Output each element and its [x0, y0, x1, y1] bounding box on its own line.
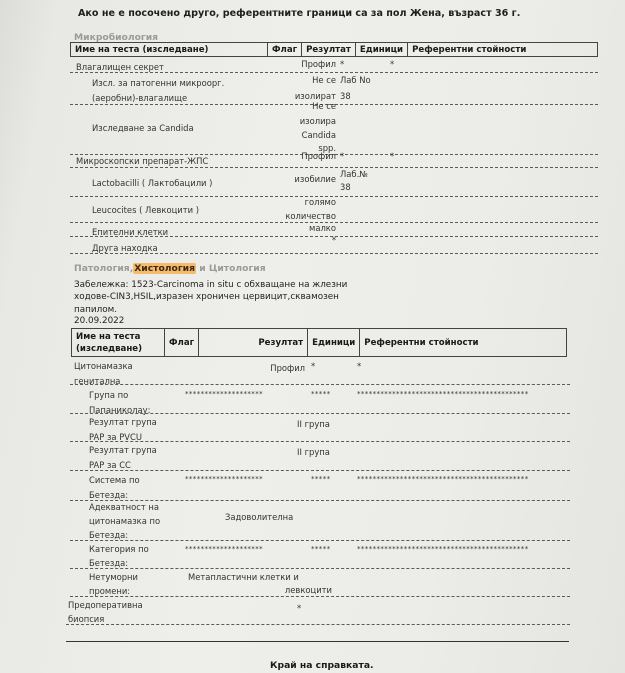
row-divider [70, 500, 570, 501]
test-name: Микроскопски препарат-ЖПС [76, 157, 208, 165]
section-title-part: и Цитология [196, 263, 266, 274]
masked-result: ******************** [185, 391, 263, 398]
masked-units: ***** [311, 391, 331, 398]
masked-units: ***** [311, 546, 331, 553]
lab-report-page: Ако не е посочено друго, референтните гр… [0, 0, 625, 673]
test-result-line: Не се [312, 102, 336, 110]
test-name-line: Резултат група [89, 418, 157, 426]
test-result: Профил [270, 364, 305, 372]
test-name-line: Резултат група [89, 446, 157, 454]
masked-reference: ****************************************… [357, 476, 529, 483]
masked-result: ******************** [185, 476, 263, 483]
row-divider [70, 253, 598, 254]
row-divider [70, 167, 598, 168]
test-result-line: Candida [302, 131, 336, 139]
test-name-line: Бетезда: [89, 491, 128, 499]
report-end-text: Край на справката. [270, 660, 374, 671]
masked-result: ******************** [185, 546, 263, 553]
header-result: Резултат [199, 329, 308, 357]
row-divider [70, 470, 570, 471]
section-title-pathology: Патология,Хистология и Цитология [74, 263, 266, 274]
row-divider [70, 413, 570, 414]
test-units-line: Лаб No [340, 76, 371, 84]
test-name-line: Цитонамазка [74, 362, 133, 370]
test-result-line: Метапластични клетки и [188, 573, 299, 581]
row-divider [70, 441, 570, 442]
test-name-line: Бетезда: [89, 531, 128, 539]
test-name: Изследване за Candida [92, 124, 194, 132]
row-divider [70, 72, 598, 73]
test-result: малко [309, 224, 336, 232]
header-reference: Референтни стойности [408, 43, 598, 57]
test-units-line: 38 [340, 183, 351, 191]
test-name-line: Бетезда: [89, 559, 128, 567]
header-units: Единици [355, 43, 407, 57]
test-reference: * [390, 152, 394, 160]
test-result: Профил [301, 152, 336, 160]
test-name-line: Група по [89, 391, 128, 399]
header-test-name-line: Име на теста [76, 331, 160, 343]
test-name-line: Адекватност на [89, 503, 159, 511]
test-name: Влагалищен секрет [76, 63, 164, 71]
test-result-line: левкоцити [285, 586, 332, 594]
test-units-line: 38 [340, 92, 351, 100]
test-result: * [297, 604, 301, 612]
test-result: * [332, 236, 336, 244]
reference-note: Ако не е посочено друго, референтните гр… [78, 8, 520, 19]
header-flag: Флаг [268, 43, 302, 57]
row-divider [70, 568, 570, 569]
test-name-line: Категория по [89, 545, 149, 553]
masked-reference: ****************************************… [357, 391, 529, 398]
test-result-line: изолира [300, 117, 336, 125]
test-name-line: PAP за CC [89, 461, 131, 469]
test-reference: * [357, 362, 361, 370]
test-name-line: Предоперативна [68, 601, 143, 609]
test-name: Друга находка [92, 244, 158, 252]
test-name-line: цитонамазка по [89, 517, 160, 525]
test-units: * [311, 362, 315, 370]
header-test-name: Име на теста (изследване) [72, 329, 165, 357]
pathology-table-header: Име на теста (изследване) Флаг Резултат … [71, 328, 567, 357]
microbiology-table-header: Име на теста (изследване) Флаг Резултат … [70, 42, 598, 57]
row-divider [70, 596, 570, 597]
test-units: * [340, 60, 344, 68]
test-result-line: изолират [295, 92, 336, 100]
test-result: II група [297, 420, 330, 428]
test-result: Задоволителна [225, 513, 293, 521]
test-result-line: количество [285, 212, 336, 220]
test-name: Lactobacilli ( Лактобацили ) [92, 179, 212, 187]
row-divider [66, 624, 570, 625]
end-divider [66, 641, 569, 642]
header-flag: Флаг [165, 329, 199, 357]
test-units-line: Лаб.№ [340, 170, 368, 178]
test-result: Профил [301, 60, 336, 68]
header-units: Единици [308, 329, 360, 357]
header-reference: Референтни стойности [360, 329, 567, 357]
header-test-name-line: (изследване) [76, 343, 160, 355]
test-units: * [340, 152, 344, 160]
pathology-date: 20.09.2022 [74, 316, 124, 326]
test-result: изобилие [294, 175, 336, 183]
masked-reference: ****************************************… [357, 546, 529, 553]
test-result-line: голямо [305, 198, 336, 206]
test-name-line: Система по [89, 476, 140, 484]
test-name-line: Изсл. за патогенни микроорг. [92, 79, 224, 87]
test-name-line: (аеробни)-влагалище [92, 94, 187, 102]
pathology-note: Забележка: 1523-Carcinoma in situ с обхв… [74, 279, 374, 316]
row-divider [70, 384, 570, 385]
row-divider [70, 540, 570, 541]
section-title-part: Патология, [74, 263, 133, 274]
test-name-line: Нетуморни [89, 573, 138, 581]
highlighted-word: Хистология [133, 263, 196, 274]
test-name-line: промени: [89, 587, 130, 595]
header-result: Резултат [302, 43, 356, 57]
masked-units: ***** [311, 476, 331, 483]
test-name: Leucocites ( Левкоцити ) [92, 206, 199, 214]
test-name-line: биопсия [68, 615, 104, 623]
test-result-line: Не се [312, 76, 336, 84]
test-result: II група [297, 448, 330, 456]
header-test-name: Име на теста (изследване) [71, 43, 268, 57]
test-reference: * [390, 60, 394, 68]
